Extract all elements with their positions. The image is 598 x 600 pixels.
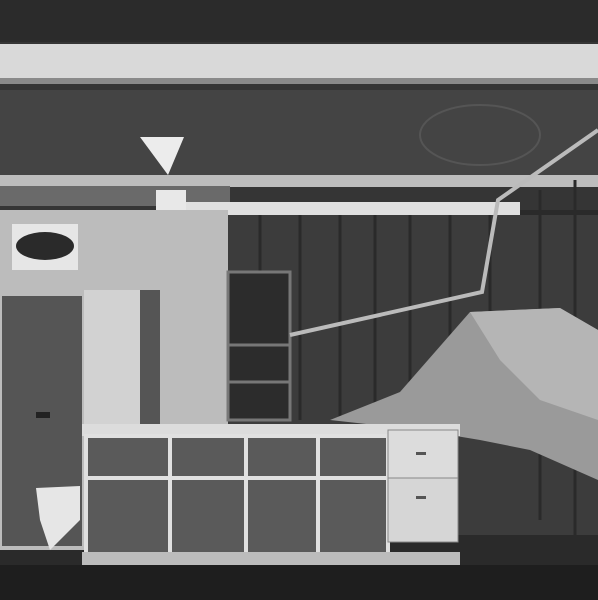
display-counter (82, 424, 460, 568)
photo-illustration (0, 0, 598, 600)
photo-scene (0, 0, 598, 600)
wall-sign (12, 224, 78, 270)
